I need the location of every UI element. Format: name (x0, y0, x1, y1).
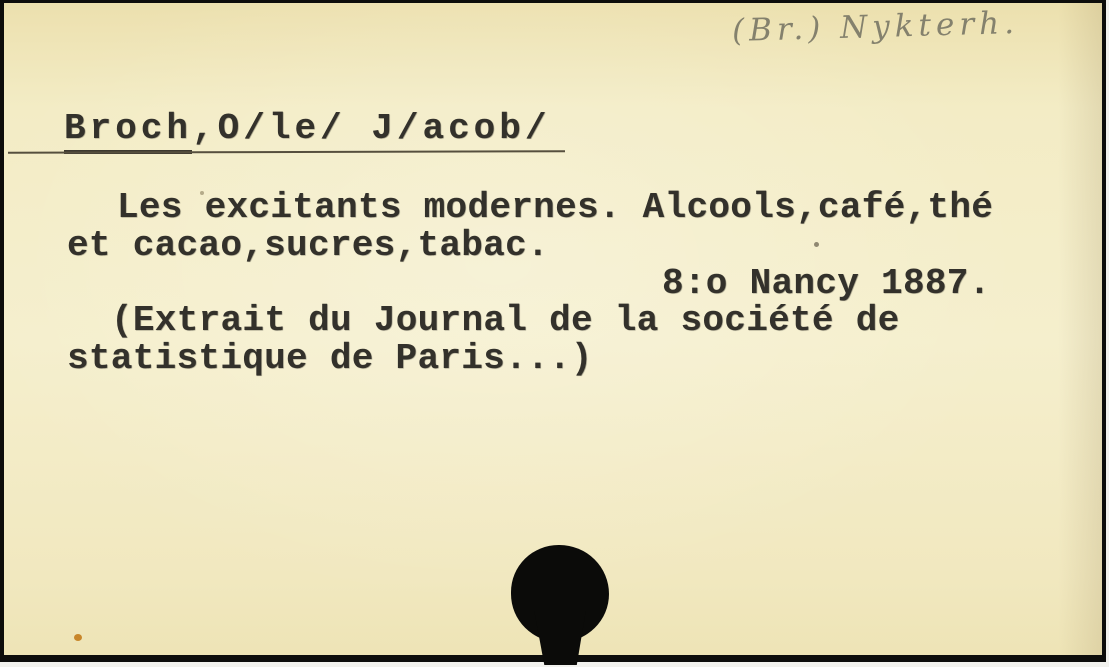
note-line-2: statistique de Paris...) (67, 341, 593, 377)
stain-speck (200, 191, 204, 195)
heading-author: Broch,O/le/ J/acob/ (64, 111, 550, 154)
heading-underlined-word: Broch (64, 111, 192, 154)
stain-speck (814, 242, 819, 247)
title-line-2: et cacao,sucres,tabac. (67, 228, 549, 264)
imprint-line: 8:o Nancy 1887. (662, 266, 991, 302)
note-line-1: (Extrait du Journal de la société de (111, 303, 900, 339)
stain-speck (74, 634, 82, 641)
handwritten-annotation: (Br.) Nykterh. (732, 5, 1020, 49)
title-line-1: Les excitants modernes. Alcools,café,thé (117, 190, 993, 226)
catalog-card: (Br.) Nykterh. Broch,O/le/ J/acob/ Les e… (0, 0, 1106, 662)
hole-punch-stem (532, 611, 588, 665)
heading-rest: ,O/le/ J/acob/ (192, 108, 550, 149)
